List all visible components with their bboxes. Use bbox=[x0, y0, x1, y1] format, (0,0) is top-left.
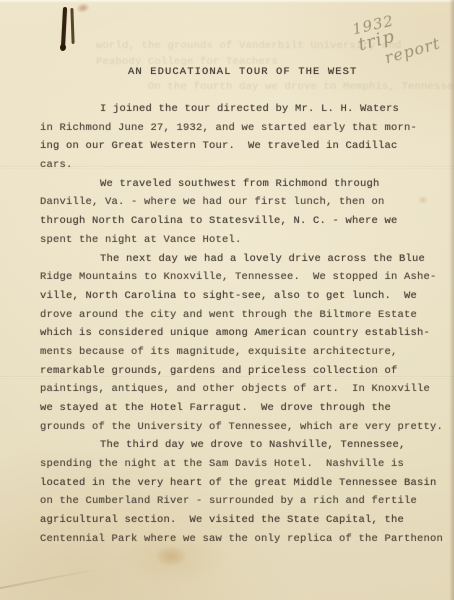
bleedthrough-line: world, the grounds of Vanderbilt Univers… bbox=[96, 40, 402, 52]
typed-line: through North Carolina to Statesville, N… bbox=[40, 212, 440, 231]
typed-line: drove around the city and went through t… bbox=[40, 306, 440, 325]
typed-line: The next day we had a lovely drive acros… bbox=[40, 250, 440, 269]
ink-stroke bbox=[61, 7, 67, 49]
typed-line: I joined the tour directed by Mr. L. H. … bbox=[40, 100, 440, 119]
typed-line: cars. bbox=[40, 156, 440, 175]
typed-line: spending the night at the Sam Davis Hote… bbox=[40, 455, 440, 474]
paragraph-2: We traveled southwest from Richmond thro… bbox=[40, 175, 440, 250]
typed-line: Centennial Park where we saw the only re… bbox=[40, 530, 440, 549]
typed-line: spent the night at Vance Hotel. bbox=[40, 231, 440, 250]
paragraph-3: The next day we had a lovely drive acros… bbox=[40, 250, 440, 437]
bleedthrough-line: On the fourth day we drove to Memphis, T… bbox=[148, 81, 454, 93]
typed-line: We traveled southwest from Richmond thro… bbox=[40, 175, 440, 194]
ink-smudge bbox=[75, 1, 91, 14]
typed-line: paintings, antiques, and other objects o… bbox=[40, 380, 440, 399]
typed-line: ments because of its magnitude, exquisit… bbox=[40, 343, 440, 362]
paper-stain bbox=[156, 546, 186, 566]
typed-line: located in the very heart of the great M… bbox=[40, 474, 440, 493]
typed-line: on the Cumberland River - surrounded by … bbox=[40, 492, 440, 511]
typed-line: remarkable grounds, gardens and priceles… bbox=[40, 362, 440, 381]
document-title: AN EDUCATIONAL TOUR OF THE WEST bbox=[128, 66, 357, 78]
typed-line: The third day we drove to Nashville, Ten… bbox=[40, 436, 440, 455]
paragraph-1: I joined the tour directed by Mr. L. H. … bbox=[40, 100, 440, 175]
typed-line: grounds of the University of Tennessee, … bbox=[40, 418, 440, 437]
typed-line: which is considered unique among America… bbox=[40, 324, 440, 343]
scanned-typewritten-page: 1932 trip report world, the grounds of V… bbox=[0, 0, 454, 600]
typed-line: Ridge Mountains to Knoxville, Tennessee.… bbox=[40, 268, 440, 287]
typed-line: ing on our Great Western Tour. We travel… bbox=[40, 137, 440, 156]
ink-stroke bbox=[70, 8, 74, 44]
typed-line: we stayed at the Hotel Farragut. We drov… bbox=[40, 399, 440, 418]
typed-line: Danville, Va. - where we had our first l… bbox=[40, 193, 440, 212]
ink-pen-marks bbox=[56, 3, 90, 55]
document-body: I joined the tour directed by Mr. L. H. … bbox=[40, 100, 440, 549]
typed-line: ville, North Carolina to sight-see, also… bbox=[40, 287, 440, 306]
paragraph-4: The third day we drove to Nashville, Ten… bbox=[40, 436, 440, 548]
typed-line: in Richmond June 27, 1932, and we starte… bbox=[40, 119, 440, 138]
typed-line: agricultural section. We visited the Sta… bbox=[40, 511, 440, 530]
corner-crease bbox=[0, 568, 101, 591]
